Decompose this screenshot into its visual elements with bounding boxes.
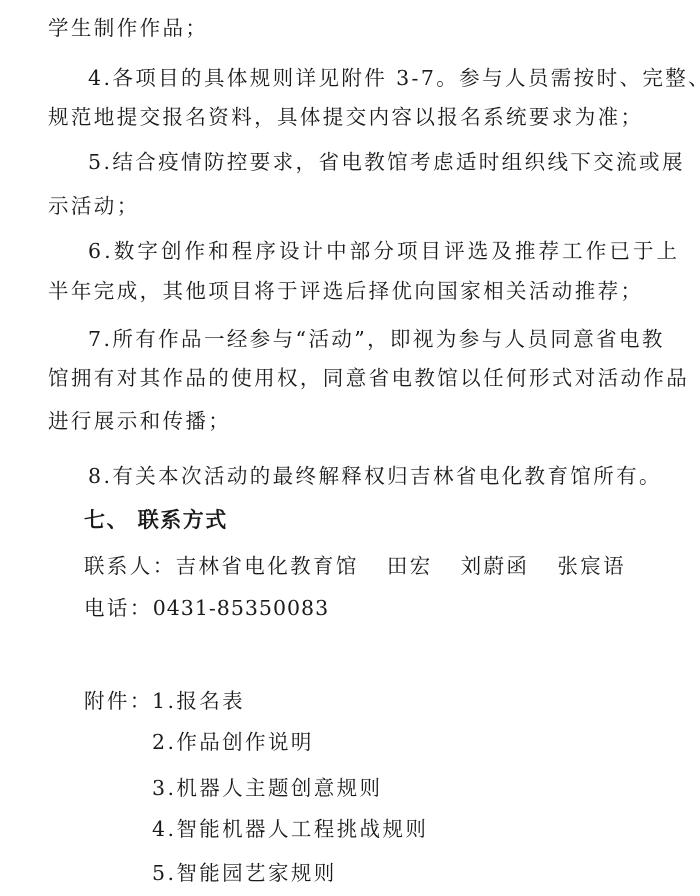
attachment-item-1: 1.报名表 (152, 687, 245, 715)
attachment-item-5: 5.智能园艺家规则 (152, 859, 337, 887)
contact-organization: 吉林省电化教育馆 (176, 554, 359, 578)
contact-person-2: 刘蔚函 (461, 554, 530, 578)
contact-person-1: 田宏 (387, 554, 433, 578)
attachment-item-3: 3.机器人主题创意规则 (152, 774, 382, 802)
rule-5-line1: 5.结合疫情防控要求，省电教馆考虑适时组织线下交流或展 (88, 148, 685, 176)
rule-6-line1: 6.数字创作和程序设计中部分项目评选及推荐工作已于上 (88, 237, 680, 265)
rule-4-line1: 4.各项目的具体规则详见附件 3-7。参与人员需按时、完整、 (88, 64, 700, 92)
attachments-label: 附件： (84, 687, 153, 715)
attachment-item-2: 2.作品创作说明 (152, 728, 314, 756)
rule-7-line1: 7.所有作品一经参与“活动”，即视为参与人员同意省电教 (88, 325, 665, 353)
rule-4-line2: 规范地提交报名资料，具体提交内容以报名系统要求为准； (48, 103, 643, 131)
contact-phone-row: 电话：0431-85350083 (84, 594, 329, 622)
section-heading-contact: 七、 联系方式 (84, 506, 228, 534)
phone-number: 0431-85350083 (153, 596, 329, 620)
attachment-item-4: 4.智能机器人工程挑战规则 (152, 815, 428, 843)
intro-tail-text: 学生制作作品； (48, 14, 208, 42)
rule-7-line2: 馆拥有对其作品的使用权，同意省电教馆以任何形式对活动作品 (48, 364, 689, 392)
contact-person-row: 联系人：吉林省电化教育馆田宏刘蔚函张宸语 (84, 552, 626, 580)
rule-7-line3: 进行展示和传播； (48, 407, 231, 435)
rule-8-line1: 8.有关本次活动的最终解释权归吉林省电化教育馆所有。 (88, 462, 662, 490)
phone-label: 电话： (84, 596, 153, 620)
contact-person-3: 张宸语 (557, 554, 626, 578)
rule-5-line2: 示活动； (48, 192, 140, 220)
contact-person-label: 联系人： (84, 554, 176, 578)
rule-6-line2: 半年完成，其他项目将于评选后择优向国家相关活动推荐； (48, 277, 643, 305)
